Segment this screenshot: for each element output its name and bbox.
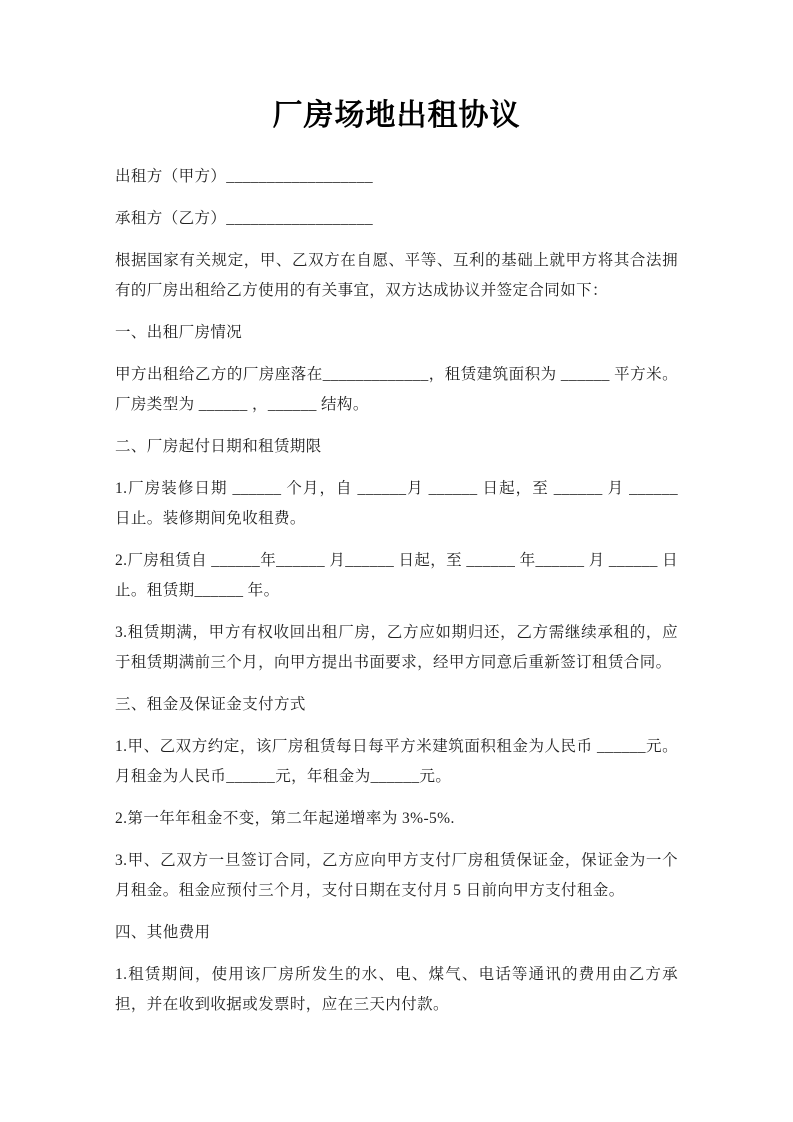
party-a-line: 出租方（甲方）__________________: [115, 162, 678, 192]
section-3-clause-2: 2.第一年年租金不变，第二年起递增率为 3%-5%.: [115, 804, 678, 834]
preamble-paragraph: 根据国家有关规定，甲、乙双方在自愿、平等、互利的基础上就甲方将其合法拥有的厂房出…: [115, 246, 678, 306]
document-page: 厂房场地出租协议 出租方（甲方）__________________ 承租方（乙…: [0, 0, 793, 1122]
section-1-clause-1: 甲方出租给乙方的厂房座落在_____________，租赁建筑面积为 _____…: [115, 360, 678, 420]
section-4-clause-1: 1.租赁期间，使用该厂房所发生的水、电、煤气、电话等通讯的费用由乙方承担，并在收…: [115, 960, 678, 1020]
party-b-line: 承租方（乙方）__________________: [115, 204, 678, 234]
section-4-heading: 四、其他费用: [115, 918, 678, 948]
section-1-heading: 一、出租厂房情况: [115, 318, 678, 348]
section-2-clause-2: 2.厂房租赁自 ______年______ 月______ 日起，至 _____…: [115, 546, 678, 606]
document-content: 厂房场地出租协议 出租方（甲方）__________________ 承租方（乙…: [115, 0, 678, 1032]
section-2-clause-1: 1.厂房装修日期 ______ 个月，自 ______月 ______ 日起，至…: [115, 474, 678, 534]
section-3-clause-1: 1.甲、乙双方约定，该厂房租赁每日每平方米建筑面积租金为人民币 ______元。…: [115, 732, 678, 792]
section-2-clause-3: 3.租赁期满，甲方有权收回出租厂房，乙方应如期归还，乙方需继续承租的，应于租赁期…: [115, 618, 678, 678]
section-3-heading: 三、租金及保证金支付方式: [115, 690, 678, 720]
section-2-heading: 二、厂房起付日期和租赁期限: [115, 432, 678, 462]
document-title: 厂房场地出租协议: [115, 96, 678, 136]
section-3-clause-3: 3.甲、乙双方一旦签订合同，乙方应向甲方支付厂房租赁保证金，保证金为一个月租金。…: [115, 846, 678, 906]
